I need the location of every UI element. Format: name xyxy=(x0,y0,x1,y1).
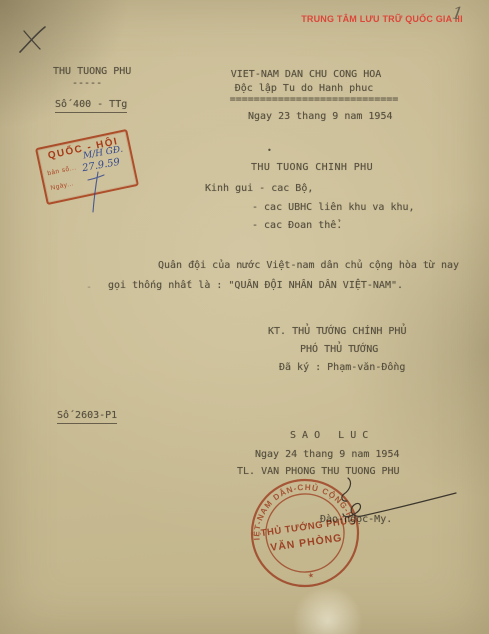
scanned-document-page: TRUNG TÂM LƯU TRỮ QUỐC GIA III 1 THU TUO… xyxy=(0,0,489,634)
quoc-hoi-stamp-line3: Ngày... xyxy=(50,180,75,192)
margin-dash: - xyxy=(86,282,92,293)
signature-authority: KT. THỦ TƯỚNG CHÍNH PHỦ xyxy=(268,326,406,338)
quoc-hoi-stamp-line2: bản số... xyxy=(47,164,77,177)
handwritten-x-mark xyxy=(12,20,57,60)
recipient-line: - cac Đoan thể. xyxy=(252,220,342,232)
header-separator: ============================ xyxy=(230,94,399,106)
salutation-line: Kinh gui - cac Bộ, xyxy=(205,183,313,195)
body-paragraph-line2: gọi thống nhất là : "QUÂN ĐỘI NHÂN DÂN V… xyxy=(108,280,403,292)
archive-watermark: TRUNG TÂM LƯU TRỮ QUỐC GIA III xyxy=(297,14,467,24)
copy-title: S A O L U C xyxy=(290,430,368,442)
body-paragraph-line1: Quân đội của nước Việt-nam dân chủ cộng … xyxy=(158,260,459,272)
document-number: Số 400 - TTg xyxy=(55,99,127,113)
copy-date: Ngay 24 thang 9 nam 1954 xyxy=(255,449,400,461)
copy-number: Số 2603-P1 xyxy=(57,410,117,424)
document-title: THU TUONG CHINH PHU xyxy=(251,162,373,174)
signature-signed-by: Đã ký : Phạm-văn-Đồng xyxy=(279,362,405,374)
office-round-stamp: VIỆT-NAM DÂN-CHỦ CỘNG-HÒA ★ THỦ TƯỚNG PH… xyxy=(246,474,364,592)
separator-dot: • xyxy=(267,146,272,155)
round-stamp-star: ★ xyxy=(307,571,314,580)
issuing-office: THU TUONG PHU xyxy=(53,66,131,78)
signature-title: PHÓ THỦ TƯỚNG xyxy=(300,344,378,356)
national-header: VIET-NAM DAN CHU CONG HOA xyxy=(231,69,382,81)
recipient-line: - cac UBHC liên khu va khu, xyxy=(252,202,415,214)
document-date: Ngay 23 thang 9 nam 1954 xyxy=(248,111,393,123)
office-dashes: ----- xyxy=(72,78,102,90)
